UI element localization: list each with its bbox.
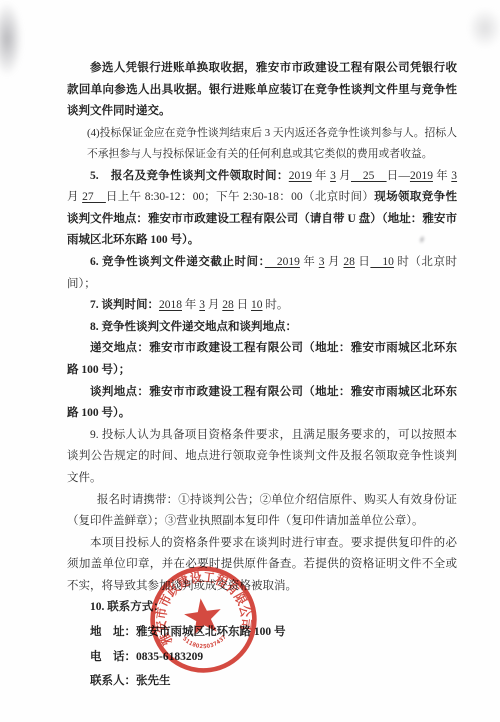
text-segment: 年: [312, 170, 330, 182]
text-segment: 28: [343, 256, 355, 268]
text-segment: 日—: [387, 170, 410, 182]
text-segment: 10. 联系方式：: [90, 601, 165, 613]
item-7-negotiation-time: 7. 谈判时间：2018 年 3 月 28 日 10 时。: [67, 295, 457, 317]
contact-phone: 电 话：0835-6183209: [67, 647, 457, 669]
text-segment: 年: [433, 170, 451, 182]
item-6-submission-deadline: 6. 竞争性谈判文件递交截止时间： 2019 年 3 月 28 日 10 时（北…: [67, 252, 457, 295]
text-segment: 7. 谈判时间：: [90, 299, 159, 311]
text-segment: 2019: [289, 170, 312, 182]
text-segment: 联系人：张先生: [90, 675, 171, 687]
item-5-document-collection: 5. 报名及竞争性谈判文件领取时间：2019 年 3 月 25 日—2019 年…: [67, 166, 457, 252]
text-segment: 10: [251, 299, 263, 311]
para-registration-requirements: 报名时请携带：①持谈判公告；②单位介绍信原件、购买人有效身份证（复印件盖鲜章）；…: [67, 490, 457, 533]
text-segment: 本项目投标人的资格条件要求在谈判时进行审查。要求提供复印件的必须加盖单位印章，并…: [67, 537, 457, 592]
text-segment: 日: [355, 256, 370, 268]
text-segment: 地 址：雅安市雨城区北环东路 100 号: [90, 626, 286, 638]
text-segment: 电 话：0835-6183209: [90, 651, 203, 663]
item-8-locations-heading: 8. 竞争性谈判文件递交地点和谈判地点：: [67, 317, 457, 339]
text-segment: 2019: [265, 256, 300, 268]
scan-artifact: [0, 2, 22, 76]
text-segment: 参选人凭银行进账单换取收据，雅安市市政建设工程有限公司凭银行收款回单向参选人出具…: [67, 62, 457, 117]
text-segment: 9. 投标人认为具备项目资格条件要求，且满足服务要求的，可以按照本谈判公告规定的…: [67, 429, 457, 484]
text-segment: 6. 竞争性谈判文件递交截止时间：: [90, 256, 265, 268]
text-segment: 3: [451, 170, 457, 182]
text-segment: 8. 竞争性谈判文件递交地点和谈判地点：: [90, 321, 297, 333]
text-segment: 年: [300, 256, 319, 268]
text-segment: 5. 报名及竞争性谈判文件领取时间：: [90, 170, 289, 182]
text-segment: 报名时请携带：①持谈判公告；②单位介绍信原件、购买人有效身份证（复印件盖鲜章）；…: [67, 494, 457, 528]
text-segment: 时。: [263, 299, 289, 311]
document-body: 参选人凭银行进账单换取收据，雅安市市政建设工程有限公司凭银行收款回单向参选人出具…: [67, 58, 457, 693]
text-segment: 月: [336, 170, 351, 182]
text-segment: 日上午 8:30-12：00；下午 2:30-18：00（北京时间）: [106, 191, 374, 203]
item-8-submission-location: 递交地点：雅安市市政建设工程有限公司（地址：雅安市雨城区北环东路 100 号）；: [67, 338, 457, 381]
text-segment: 年: [182, 299, 199, 311]
item-9-qualification: 9. 投标人认为具备项目资格条件要求，且满足服务要求的，可以按照本谈判公告规定的…: [67, 425, 457, 490]
text-segment: 月: [205, 299, 222, 311]
text-segment: 2019: [410, 170, 433, 182]
para-bank-receipt: 参选人凭银行进账单换取收据，雅安市市政建设工程有限公司凭银行收款回单向参选人出具…: [67, 58, 457, 123]
text-segment: 25: [351, 170, 387, 182]
text-segment: 27: [82, 191, 106, 203]
document-page: 参选人凭银行进账单换取收据，雅安市市政建设工程有限公司凭银行收款回单向参选人出具…: [0, 0, 500, 722]
text-segment: 10: [370, 256, 394, 268]
text-segment: 月: [325, 256, 344, 268]
para-qualification-review: 本项目投标人的资格条件要求在谈判时进行审查。要求提供复印件的必须加盖单位印章，并…: [67, 533, 457, 598]
item-10-contact-heading: 10. 联系方式：: [67, 597, 457, 619]
text-segment: 28: [222, 299, 234, 311]
contact-person: 联系人：张先生: [67, 671, 457, 693]
text-segment: 递交地点：雅安市市政建设工程有限公司（地址：雅安市雨城区北环东路 100 号）；: [67, 342, 457, 376]
scan-artifact: [468, 8, 500, 48]
text-segment: 谈判地点：雅安市市政建设工程有限公司（地址：雅安市雨城区北环东路 100 号）。: [67, 386, 457, 420]
text-segment: 日: [234, 299, 251, 311]
contact-address: 地 址：雅安市雨城区北环东路 100 号: [67, 622, 457, 644]
text-segment: (4)投标保证金应在竞争性谈判结束后 3 天内返还各竞争性谈判参与人。招标人不承…: [87, 127, 457, 160]
para-deposit-refund: (4)投标保证金应在竞争性谈判结束后 3 天内返还各竞争性谈判参与人。招标人不承…: [87, 123, 457, 166]
text-segment: 2018: [159, 299, 182, 311]
item-8-negotiation-location: 谈判地点：雅安市市政建设工程有限公司（地址：雅安市雨城区北环东路 100 号）。: [67, 382, 457, 425]
text-segment: 月: [67, 191, 82, 203]
